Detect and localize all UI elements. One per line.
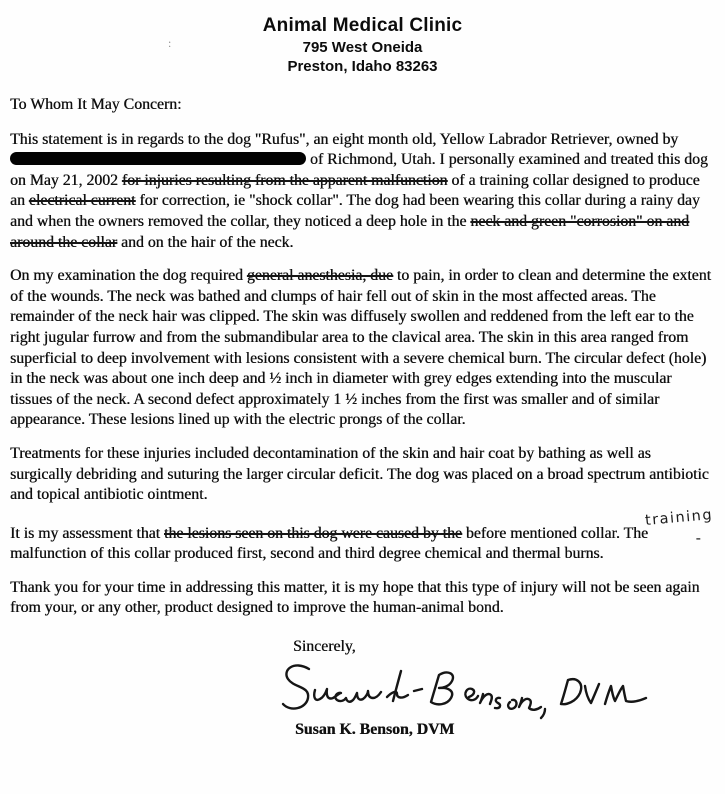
- p1-struck-text: electrical current: [29, 192, 136, 209]
- signature-image: [279, 660, 651, 720]
- letterhead: Animal Medical Clinic 795 West Oneida Pr…: [10, 14, 715, 76]
- paragraph-2: On my examination the dog required gener…: [10, 266, 715, 431]
- clinic-name: Animal Medical Clinic: [10, 14, 715, 38]
- sincerely-line: Sincerely,: [293, 637, 715, 658]
- closing-block: Sincerely,: [293, 637, 715, 740]
- typed-signature-name: Susan K. Benson, DVM: [295, 720, 715, 741]
- salutation: To Whom It May Concern:: [10, 95, 715, 116]
- scan-artifact: :: [168, 36, 171, 51]
- p2-struck-text: general anesthesia, due: [247, 267, 393, 284]
- handwritten-training-annotation: training: [644, 505, 714, 531]
- paragraph-3: Treatments for these injuries included d…: [10, 444, 715, 506]
- p2-text: On my examination the dog required: [10, 267, 247, 284]
- p1-text: and on the hair of the neck.: [117, 234, 293, 251]
- paragraph-1: This statement is in regards to the dog …: [10, 130, 715, 254]
- clinic-address-line1: 795 West Oneida: [10, 38, 715, 57]
- p4-text: It is my assessment that: [10, 525, 164, 542]
- handwritten-tick-mark: -: [696, 528, 701, 549]
- p3-text: Treatments for these injuries included d…: [10, 445, 709, 503]
- p2-text: to pain, in order to clean and determine…: [10, 267, 711, 428]
- p5-text: Thank you for your time in addressing th…: [10, 579, 699, 617]
- paragraph-5: Thank you for your time in addressing th…: [10, 578, 715, 619]
- p1-struck-text: for injuries resulting from the apparent…: [122, 172, 448, 189]
- p1-text: This statement is in regards to the dog …: [10, 131, 678, 148]
- paragraph-4: training-It is my assessment that the le…: [10, 524, 715, 565]
- p4-struck-text: the lesions seen on this dog were caused…: [164, 525, 462, 542]
- letter-page: : Animal Medical Clinic 795 West Oneida …: [0, 0, 725, 794]
- redaction-bar: [10, 152, 306, 165]
- clinic-address-line2: Preston, Idaho 83263: [10, 57, 715, 76]
